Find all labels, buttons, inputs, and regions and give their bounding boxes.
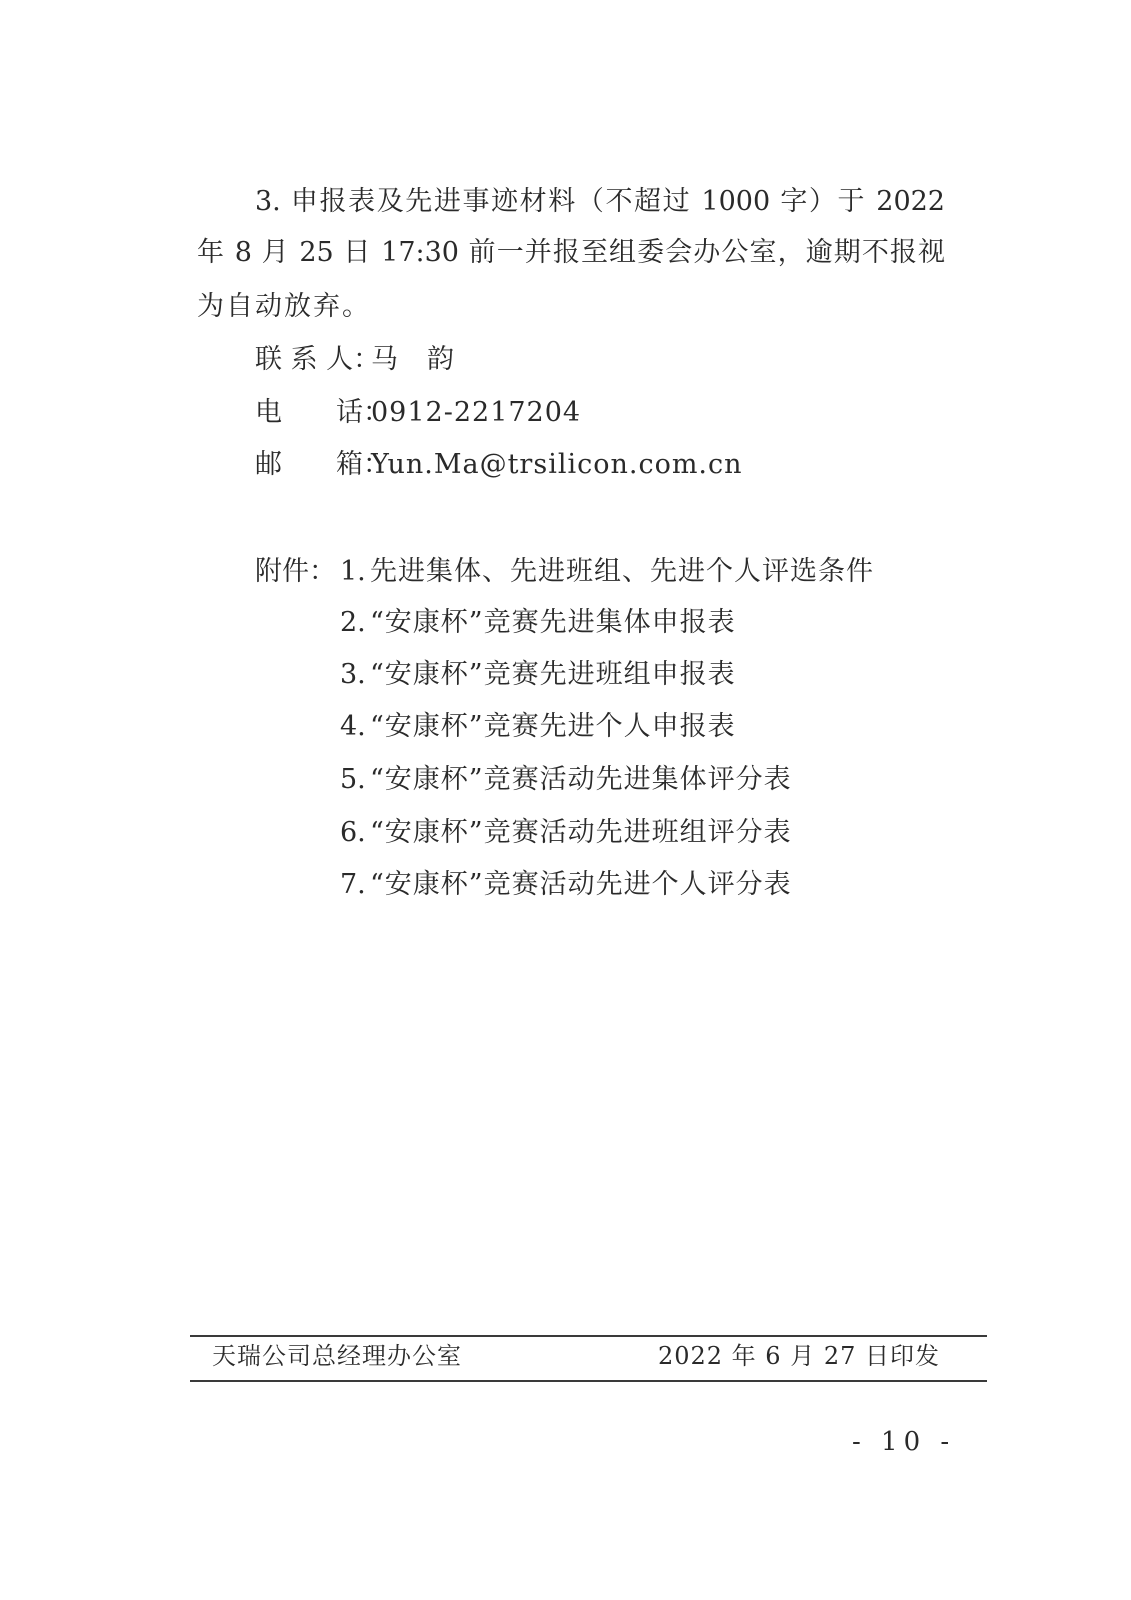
contact-email-value: Yun.Ma@trsilicon.com.cn (371, 449, 743, 481)
attachment-item: 7. “安康杯”竞赛活动先进个人评分表 (340, 869, 792, 901)
attachment-item: 2. “安康杯”竞赛先进集体申报表 (340, 607, 736, 639)
contact-phone-row: 电 话： 0912-2217204 (255, 397, 581, 429)
attachment-number: 3. (340, 659, 370, 691)
attachment-number: 6. (340, 817, 370, 849)
page-number: - 10 - (852, 1426, 955, 1458)
attachment-item: 4. “安康杯”竞赛先进个人申报表 (340, 711, 736, 743)
contact-phone-value: 0912-2217204 (371, 397, 581, 429)
attachment-item: 6. “安康杯”竞赛活动先进班组评分表 (340, 817, 792, 849)
footer-print-date: 2022 年 6 月 27 日印发 (658, 1341, 940, 1371)
attachments-list: 附件： 1. 先进集体、先进班组、先进个人评选条件 (255, 556, 874, 588)
attachment-number: 7. (340, 869, 370, 901)
contact-email-label: 邮 箱： (255, 449, 371, 481)
attachment-number: 4. (340, 711, 370, 743)
paragraph-line-1: 3. 申报表及先进事迹材料（不超过 1000 字）于 2022 (255, 186, 945, 218)
footer-issuer: 天瑞公司总经理办公室 (212, 1341, 462, 1371)
attachment-title: “安康杯”竞赛先进个人申报表 (370, 711, 736, 743)
contact-person-label: 联 系 人： (255, 344, 371, 376)
contact-person-value: 马 韵 (371, 344, 455, 376)
attachment-title: “安康杯”竞赛活动先进集体评分表 (370, 764, 792, 796)
attachment-title: “安康杯”竞赛活动先进个人评分表 (370, 869, 792, 901)
paragraph-line-3: 为自动放弃。 (197, 291, 371, 323)
footer-bottom-rule (190, 1380, 987, 1382)
attachment-item: 5. “安康杯”竞赛活动先进集体评分表 (340, 764, 792, 796)
contact-person-row: 联 系 人： 马 韵 (255, 344, 455, 376)
attachment-title: “安康杯”竞赛活动先进班组评分表 (370, 817, 792, 849)
attachment-number: 1. (340, 556, 370, 588)
attachment-number: 5. (340, 764, 370, 796)
attachment-title: “安康杯”竞赛先进集体申报表 (370, 607, 736, 639)
attachment-item: 3. “安康杯”竞赛先进班组申报表 (340, 659, 736, 691)
paragraph-line-2: 年 8 月 25 日 17:30 前一并报至组委会办公室，逾期不报视 (197, 237, 945, 269)
attachments-label: 附件： (255, 556, 340, 588)
contact-phone-label: 电 话： (255, 397, 371, 429)
attachment-number: 2. (340, 607, 370, 639)
attachment-title: 先进集体、先进班组、先进个人评选条件 (370, 556, 874, 588)
contact-email-row: 邮 箱： Yun.Ma@trsilicon.com.cn (255, 449, 743, 481)
footer-top-rule (190, 1335, 987, 1337)
attachment-title: “安康杯”竞赛先进班组申报表 (370, 659, 736, 691)
